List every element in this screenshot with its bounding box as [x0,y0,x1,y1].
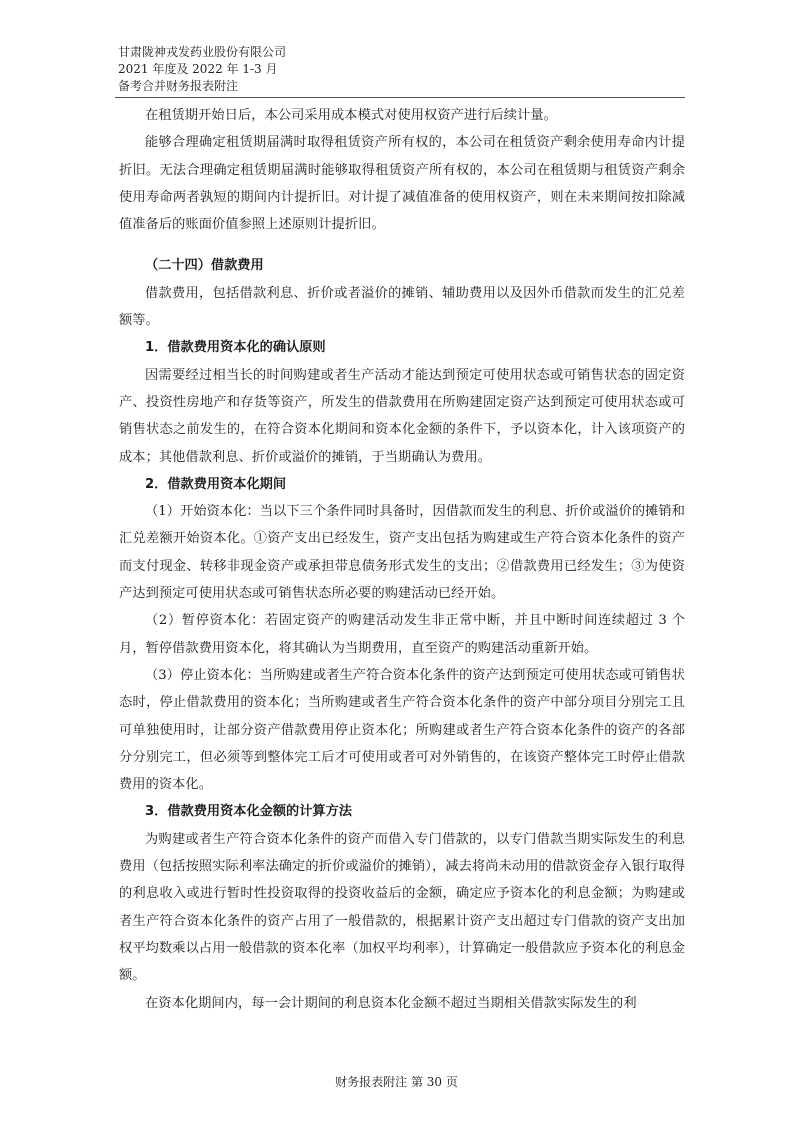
paragraph-depreciation: 能够合理确定租赁期届满时取得租赁资产所有权的，本公司在租赁资产剩余使用寿命内计提… [119,129,685,238]
paragraph-subsequent-measurement: 在租赁期开始日后，本公司采用成本模式对使用权资产进行后续计量。 [119,102,685,129]
subheading-capitalization-period: 2．借款费用资本化期间 [119,471,685,498]
page-header: 甘肃陇神戎发药业股份有限公司 2021 年度及 2022 年 1-3 月 备考合… [118,44,686,95]
paragraph-start-capitalization: （1）开始资本化：当以下三个条件同时具备时，因借款而发生的利息、折价或溢价的摊销… [119,498,685,607]
header-company-name: 甘肃陇神戎发药业股份有限公司 [118,44,686,61]
paragraph-suspend-capitalization: （2）暂停资本化：若固定资产的购建活动发生非正常中断，并且中断时间连续超过 3 … [119,607,685,662]
header-divider [115,97,685,98]
subheading-calculation-method: 3．借款费用资本化金额的计算方法 [119,798,685,825]
paragraph-recognition-principle: 因需要经过相当长的时间购建或者生产活动才能达到预定可使用状态或可销售状态的固定资… [119,362,685,471]
paragraph-stop-capitalization: （3）停止资本化：当所购建或者生产符合资本化条件的资产达到预定可使用状态或可销售… [119,662,685,798]
page-footer: 财务报表附注 第 30 页 [0,1073,793,1090]
paragraph-borrowing-costs-definition: 借款费用，包括借款利息、折价或者溢价的摊销、辅助费用以及因外币借款而发生的汇兑差… [119,280,685,335]
paragraph-capitalization-limit: 在资本化期间内，每一会计期间的利息资本化金额不超过当期相关借款实际发生的利 [119,990,685,1017]
document-body: 在租赁期开始日后，本公司采用成本模式对使用权资产进行后续计量。 能够合理确定租赁… [119,102,685,1017]
subheading-recognition-principle: 1．借款费用资本化的确认原则 [119,334,685,361]
header-period: 2021 年度及 2022 年 1-3 月 [118,61,686,78]
paragraph-calculation-method: 为购建或者生产符合资本化条件的资产而借入专门借款的，以专门借款当期实际发生的利息… [119,826,685,990]
header-doc-title: 备考合并财务报表附注 [118,78,686,95]
section-heading-borrowing-costs: （二十四）借款费用 [119,252,685,279]
